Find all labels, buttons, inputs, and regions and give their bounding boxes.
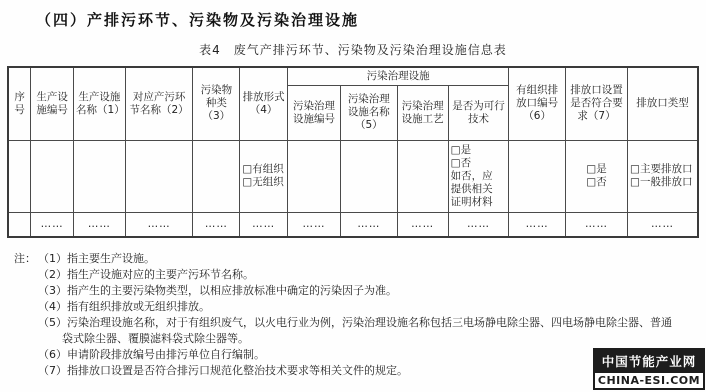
feasible-yes-checkbox-option: □是 (451, 144, 507, 157)
ellipsis-cell: …… (341, 212, 398, 237)
note-item: （3）指产生的主要污染物类型，以相应排放标准中确定的污染因子为准。 (38, 283, 674, 299)
col-header-serial-number: 序号 (8, 67, 31, 140)
ellipsis-cell: …… (628, 212, 698, 237)
watermark-site-domain: CHINA-ESI.COM (593, 373, 705, 390)
ellipsis-cell: …… (193, 212, 240, 237)
pollutant-type-cell (193, 140, 240, 212)
ellipsis-cell: …… (31, 212, 74, 237)
ellipsis-row: …… …… …… …… …… …… …… …… …… …… …… …… (8, 212, 698, 237)
footnotes: 注： （1）指主要生产设施。 （2）指生产设施对应的主要产污环节名称。 （3）指… (14, 251, 674, 379)
outlet-compliance-cell: □是 □否 (565, 140, 627, 212)
note-item: （2）指生产设施对应的主要产污环节名称。 (38, 267, 674, 283)
production-facility-id-cell (31, 140, 74, 212)
col-header-production-facility-name: 生产设施名称（1） (74, 67, 126, 140)
col-header-pollution-stage-name: 对应产污环节名称（2） (125, 67, 193, 140)
note-item: （6）申请阶段排放编号由排污单位自行编制。 (38, 347, 674, 363)
table-caption: 表4 废气产排污环节、污染物及污染治理设施信息表 (0, 41, 706, 58)
col-header-treatment-facility-id: 污染治理设施编号 (287, 85, 340, 140)
serial-number-cell (8, 140, 31, 212)
entry-row: □有组织 □无组织 □是 □否 如否，应 提供相关 证明材料 □是 □否 (8, 140, 698, 212)
compliance-no-checkbox-option: □否 (586, 176, 606, 189)
ellipsis-cell: …… (509, 212, 566, 237)
feasible-technology-cell: □是 □否 如否，应 提供相关 证明材料 (448, 140, 509, 212)
col-group-header-treatment-facility: 污染治理设施 (287, 67, 508, 85)
unorganized-emission-checkbox-option: □无组织 (242, 176, 285, 189)
note-item: （5）污染治理设施名称，对于有组织废气，以火电行业为例，污染治理设施名称包括三电… (38, 315, 674, 347)
pollution-stage-name-cell (125, 140, 193, 212)
ellipsis-cell: …… (287, 212, 340, 237)
main-outlet-checkbox-option: □主要排放口 (630, 163, 695, 176)
ellipsis-cell: …… (448, 212, 509, 237)
watermark-site-name: 中国节能产业网 (593, 348, 705, 373)
note-item: （4）指有组织排放或无组织排放。 (38, 299, 674, 315)
scanned-document-page: { "page": { "heading": "（四）产排污环节、污染物及污染治… (0, 0, 706, 392)
col-header-treatment-facility-name: 污染治理设施名称（5） (341, 85, 398, 140)
feasible-note-line: 如否，应 (451, 170, 507, 183)
emission-form-cell: □有组织 □无组织 (240, 140, 288, 212)
ellipsis-cell: …… (74, 212, 126, 237)
feasible-no-checkbox-option: □否 (451, 157, 507, 170)
treatment-facility-name-cell (341, 140, 398, 212)
organized-emission-checkbox-option: □有组织 (242, 163, 285, 176)
col-header-treatment-facility-process: 污染治理设施工艺 (397, 85, 448, 140)
compliance-yes-checkbox-option: □是 (586, 163, 606, 176)
site-watermark: 中国节能产业网 CHINA-ESI.COM (593, 348, 705, 390)
col-header-feasible-technology: 是否为可行技术 (448, 85, 509, 140)
feasible-note-line: 提供相关 (451, 183, 507, 196)
emission-info-table: 序号 生产设施编号 生产设施名称（1） 对应产污环节名称（2） 污染物种类（3）… (7, 66, 699, 238)
treatment-facility-id-cell (287, 140, 340, 212)
note-item: （1）指主要生产设施。 (38, 251, 674, 267)
general-outlet-checkbox-option: □一般排放口 (630, 176, 695, 189)
ellipsis-cell: …… (240, 212, 288, 237)
production-facility-name-cell (74, 140, 126, 212)
col-header-production-facility-id: 生产设施编号 (31, 67, 74, 140)
col-header-outlet-compliance: 排放口设置是否符合要求（7） (565, 67, 627, 140)
ellipsis-cell: …… (565, 212, 627, 237)
serial-number-cell (8, 212, 31, 237)
col-header-outlet-type: 排放口类型 (628, 67, 698, 140)
document-heading: （四）产排污环节、污染物及污染治理设施 (36, 9, 706, 30)
ellipsis-cell: …… (397, 212, 448, 237)
treatment-facility-process-cell (397, 140, 448, 212)
notes-label: 注： (14, 251, 38, 267)
col-header-organized-outlet-id: 有组织排放口编号（6） (509, 67, 566, 140)
outlet-type-cell: □主要排放口 □一般排放口 (628, 140, 698, 212)
col-header-pollutant-type: 污染物种类（3） (193, 67, 240, 140)
feasible-note-line: 证明材料 (451, 196, 507, 209)
ellipsis-cell: …… (125, 212, 193, 237)
organized-outlet-id-cell (509, 140, 566, 212)
col-header-emission-form: 排放形式（4） (240, 67, 288, 140)
note-item: （7）指排放口设置是否符合排污口规范化整治技术要求等相关文件的规定。 (38, 363, 674, 379)
